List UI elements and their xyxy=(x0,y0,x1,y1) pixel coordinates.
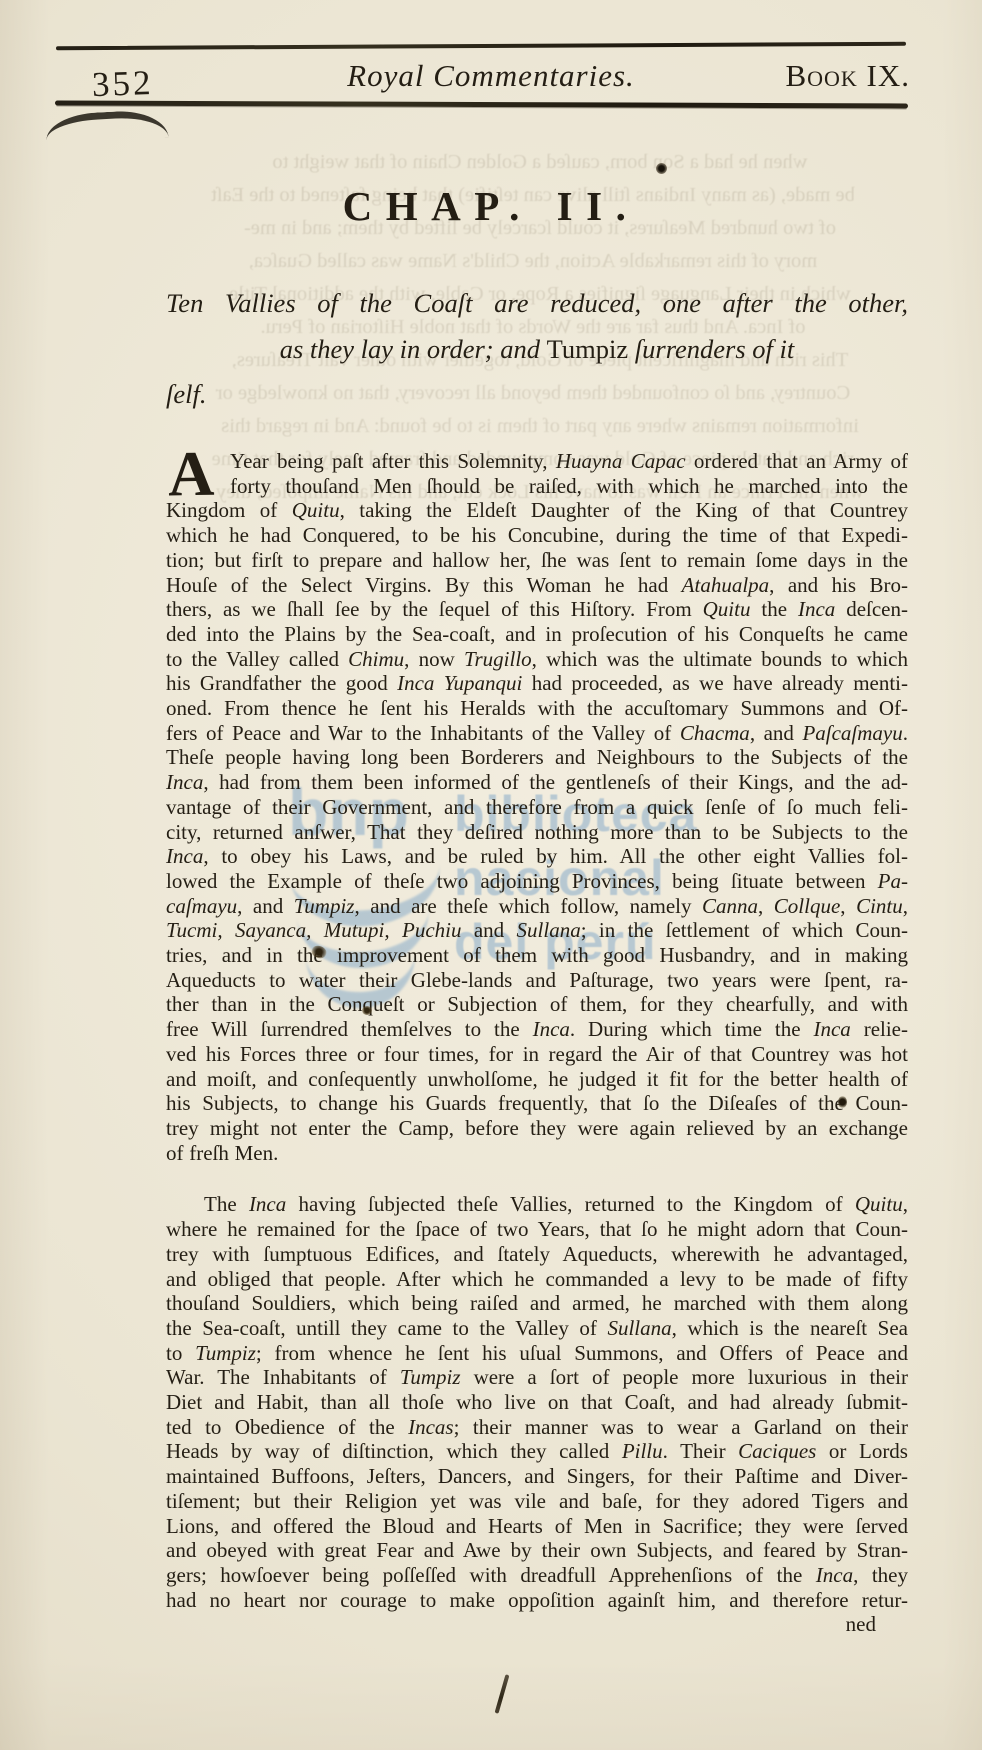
text-segment: Pa- xyxy=(878,869,908,893)
text-segment: thouſand Souldiers, which being raiſed a… xyxy=(166,1291,908,1315)
text-segment: Pillu xyxy=(622,1439,663,1463)
text-segment: thers, as we ſhall ſee by the ſequel of … xyxy=(166,597,703,621)
text-segment: Tucmi, Sayanca, Mutupi, Puchiu xyxy=(166,918,461,942)
text-line: trey with ſumptuous Edifices, and ſtatel… xyxy=(166,1242,908,1267)
drop-cap: A xyxy=(168,450,221,499)
text-line: ther than in the Conqueſt or Subjection … xyxy=(166,992,908,1017)
text-segment: relie- xyxy=(851,1017,908,1041)
text-segment: Tumpiz xyxy=(547,334,629,364)
text-segment: Lions, and offered the Bloud and Hearts … xyxy=(166,1514,908,1538)
subtitle-line: Ten Vallies of the Coaſt are reduced, on… xyxy=(166,281,908,327)
bleedthrough-line: mory of this remarkable Action, the Chil… xyxy=(150,245,916,278)
text-segment: Paſcaſmayu xyxy=(802,721,902,745)
text-segment: and xyxy=(461,918,516,942)
text-segment: maintained Buffoons, Jeſters, Dancers, a… xyxy=(166,1464,908,1488)
header-rule-top xyxy=(56,42,906,50)
text-segment: ; in the ſettlement of which Coun- xyxy=(581,918,908,942)
text-segment: ved his Forces three or four times, for … xyxy=(166,1042,908,1066)
text-segment: , xyxy=(903,894,908,918)
text-line: of freſh Men. xyxy=(166,1141,908,1166)
text-segment: , and xyxy=(237,894,294,918)
text-segment: trey might not enter the Camp, before th… xyxy=(166,1116,908,1140)
text-line: Inca, to obey his Laws, and be ruled by … xyxy=(166,844,908,869)
text-segment: Trugillo xyxy=(464,647,532,671)
scan-artifact-ink-dot xyxy=(656,163,667,174)
text-line: the Sea-coaſt, untill they came to the V… xyxy=(166,1316,908,1341)
text-segment: Diet and Habit, than all thoſe who live … xyxy=(166,1390,908,1414)
text-segment: tries, and in the improvement of them wi… xyxy=(166,943,908,967)
text-segment: Atahualpa xyxy=(682,573,770,597)
text-segment: , and are theſe which follow, namely xyxy=(354,894,702,918)
text-segment: to xyxy=(166,1341,195,1365)
text-segment: Huayna Capac xyxy=(556,449,686,473)
text-segment: and obliged that people. After which he … xyxy=(166,1267,908,1291)
text-line: to the Valley called Chimu, now Trugillo… xyxy=(166,647,908,672)
text-segment: , xyxy=(840,894,856,918)
text-line: Aqueducts to water their Glebe-lands and… xyxy=(166,968,908,993)
chapter-subtitle: Ten Vallies of the Coaſt are reduced, on… xyxy=(166,281,908,418)
text-segment: having ſubjected theſe Vallies, returned… xyxy=(286,1192,855,1216)
subtitle-line: as they lay in order; and Tumpiz ſurrend… xyxy=(166,327,908,373)
text-segment: Inca xyxy=(166,770,203,794)
text-line: ted to Obedience of the Incas; their man… xyxy=(166,1415,908,1440)
catchword: ned xyxy=(166,1612,908,1637)
text-segment: and obeyed with great Fear and Awe by th… xyxy=(166,1538,908,1562)
text-segment: Sullana xyxy=(607,1316,671,1340)
text-segment: ; their manner was to wear a Garland on … xyxy=(454,1415,908,1439)
text-segment: , had from them been informed of the gen… xyxy=(203,770,908,794)
text-segment: Quitu xyxy=(292,498,340,522)
text-line: ved his Forces three or four times, for … xyxy=(166,1042,908,1067)
text-line: thouſand Souldiers, which being raiſed a… xyxy=(166,1291,908,1316)
text-line: Heads by way of diſtinction, which they … xyxy=(166,1439,908,1464)
text-segment: Sullana xyxy=(517,918,581,942)
text-line: his Subjects, to change his Guards frequ… xyxy=(166,1091,908,1116)
text-segment: Cintu xyxy=(856,894,903,918)
text-segment: ded into the Plains by the Sea-coaſt, an… xyxy=(166,622,908,646)
scan-artifact-edge-mark xyxy=(45,109,168,144)
text-segment: which he had Conquered, to be his Concub… xyxy=(166,523,908,547)
text-segment: , and xyxy=(750,721,803,745)
text-segment: Inca xyxy=(813,1017,850,1041)
text-segment: Inca xyxy=(166,844,203,868)
bleedthrough-line: when he had a Son born, cauſed a Golden … xyxy=(164,146,916,179)
text-segment: caſmayu xyxy=(166,894,237,918)
text-line: and obliged that people. After which he … xyxy=(166,1267,908,1292)
text-line: ded into the Plains by the Sea-coaſt, an… xyxy=(166,622,908,647)
text-segment: , to obey his Laws, and be ruled by him.… xyxy=(203,844,908,868)
text-segment: vantage of their Government, and therefo… xyxy=(166,795,908,819)
text-segment: ther than in the Conqueſt or Subjection … xyxy=(166,992,908,1016)
text-segment: Year being paſt after this Solemnity, xyxy=(230,449,556,473)
text-segment: Tumpiz xyxy=(400,1365,461,1389)
text-segment: Aqueducts to water their Glebe-lands and… xyxy=(166,968,908,992)
text-line: city, returned anſwer, That they deſired… xyxy=(166,820,908,845)
text-line: vantage of their Government, and therefo… xyxy=(166,795,908,820)
text-segment: where he remained for the ſpace of two Y… xyxy=(166,1217,908,1241)
text-segment: Houſe of the Select Virgins. By this Wom… xyxy=(166,573,682,597)
text-line: forty thouſand Men ſhould be raiſed, wit… xyxy=(166,474,908,499)
text-segment: Tumpiz xyxy=(195,1341,256,1365)
text-line: gers; howſoever being poſſeſſed with dre… xyxy=(166,1563,908,1588)
paragraph: The Inca having ſubjected theſe Vallies,… xyxy=(166,1192,908,1612)
text-segment: gers; howſoever being poſſeſſed with dre… xyxy=(166,1563,816,1587)
text-line: had no heart nor courage to make oppoſit… xyxy=(166,1588,908,1613)
text-segment: ſurrenders of it xyxy=(628,334,794,364)
text-segment: , and his Bro- xyxy=(769,573,908,597)
text-line: War. The Inhabitants of Tumpiz were a ſo… xyxy=(166,1365,908,1390)
text-segment: lowed the Example of theſe two adjoining… xyxy=(166,869,878,893)
text-segment: . Their xyxy=(663,1439,739,1463)
text-segment: city, returned anſwer, That they deſired… xyxy=(166,820,908,844)
chapter-heading: CHAP. II. xyxy=(0,182,982,230)
text-segment: trey with ſumptuous Edifices, and ſtatel… xyxy=(166,1242,908,1266)
text-segment: Inca xyxy=(533,1017,570,1041)
text-line: tion; but firſt to prepare and hallow he… xyxy=(166,548,908,573)
text-segment: ſelf. xyxy=(166,379,206,409)
text-line: tries, and in the improvement of them wi… xyxy=(166,943,908,968)
text-segment: fers of Peace and War to the Inhabitants… xyxy=(166,721,680,745)
text-segment: oned. From thence he ſent his Heralds wi… xyxy=(166,696,908,720)
text-segment: Inca xyxy=(816,1563,853,1587)
text-segment: tiſement; but their Religion yet was vil… xyxy=(166,1489,908,1513)
text-segment: , taking the Eldeſt Daughter of the King… xyxy=(340,498,908,522)
text-line: and moiſt, and conſequently unwholſome, … xyxy=(166,1067,908,1092)
text-block: AYear being paſt after this Solemnity, H… xyxy=(166,449,908,1637)
text-line: and obeyed with great Fear and Awe by th… xyxy=(166,1538,908,1563)
subtitle-line: ſelf. xyxy=(166,372,908,418)
text-segment: forty thouſand Men ſhould be raiſed, wit… xyxy=(230,474,908,498)
text-segment: to the Valley called xyxy=(166,647,348,671)
text-segment: Quitu xyxy=(855,1192,903,1216)
text-line: free Will ſurrendred themſelves to the I… xyxy=(166,1017,908,1042)
text-line: caſmayu, and Tumpiz, and are theſe which… xyxy=(166,894,908,919)
text-segment: . During which time the xyxy=(570,1017,814,1041)
text-line: Year being paſt after this Solemnity, Hu… xyxy=(166,449,908,474)
text-segment: free Will ſurrendred themſelves to the xyxy=(166,1017,533,1041)
text-line: to Tumpiz; from whence he ſent his uſual… xyxy=(166,1341,908,1366)
text-segment: the Sea-coaſt, untill they came to the V… xyxy=(166,1316,607,1340)
text-line: maintained Buffoons, Jeſters, Dancers, a… xyxy=(166,1464,908,1489)
text-segment: . xyxy=(903,721,908,745)
scan-artifact-pen-stroke xyxy=(495,1674,510,1714)
header-rule-bottom xyxy=(55,101,908,109)
text-line: oned. From thence he ſent his Heralds wi… xyxy=(166,696,908,721)
text-segment: War. The Inhabitants of xyxy=(166,1365,400,1389)
text-segment: Quitu xyxy=(703,597,751,621)
book-label: Book IX. xyxy=(785,58,910,94)
text-line: Lions, and offered the Bloud and Hearts … xyxy=(166,1514,908,1539)
text-line: his Grandfather the good Inca Yupanqui h… xyxy=(166,671,908,696)
text-line: Inca, had from them been informed of the… xyxy=(166,770,908,795)
text-segment: the xyxy=(750,597,797,621)
text-segment: of freſh Men. xyxy=(166,1141,278,1165)
text-segment: Inca xyxy=(798,597,835,621)
text-line: lowed the Example of theſe two adjoining… xyxy=(166,869,908,894)
text-line: fers of Peace and War to the Inhabitants… xyxy=(166,721,908,746)
text-segment: had proceeded, as we have already menti- xyxy=(522,671,908,695)
text-line: The Inca having ſubjected theſe Vallies,… xyxy=(166,1192,908,1217)
text-segment: , which was the ultimate bounds to which xyxy=(532,647,908,671)
text-segment: , they xyxy=(853,1563,908,1587)
text-segment: ted to Obedience of the xyxy=(166,1415,408,1439)
text-line: Theſe people having long been Borderers … xyxy=(166,745,908,770)
text-segment: ordered that an Army of xyxy=(686,449,908,473)
text-segment: his Subjects, to change his Guards frequ… xyxy=(166,1091,908,1115)
text-segment: Canna xyxy=(702,894,758,918)
text-segment: Caciques xyxy=(738,1439,816,1463)
text-line: Kingdom of Quitu, taking the Eldeſt Daug… xyxy=(166,498,908,523)
text-line: where he remained for the ſpace of two Y… xyxy=(166,1217,908,1242)
text-segment: Inca xyxy=(249,1192,286,1216)
text-segment: Heads by way of diſtinction, which they … xyxy=(166,1439,622,1463)
text-line: Houſe of the Select Virgins. By this Wom… xyxy=(166,573,908,598)
text-segment: The xyxy=(204,1192,249,1216)
text-segment: , which is the neareſt Sea xyxy=(672,1316,908,1340)
text-segment: , xyxy=(903,1192,908,1216)
text-line: tiſement; but their Religion yet was vil… xyxy=(166,1489,908,1514)
text-segment: Tumpiz xyxy=(294,894,355,918)
text-line: Diet and Habit, than all thoſe who live … xyxy=(166,1390,908,1415)
text-segment: deſcen- xyxy=(835,597,908,621)
paragraph: AYear being paſt after this Solemnity, H… xyxy=(166,449,908,1165)
text-segment: Theſe people having long been Borderers … xyxy=(166,745,908,769)
text-segment: Chimu xyxy=(348,647,404,671)
text-line: which he had Conquered, to be his Concub… xyxy=(166,523,908,548)
text-segment: , xyxy=(758,894,774,918)
text-segment: Collque xyxy=(774,894,841,918)
text-segment: and moiſt, and conſequently unwholſome, … xyxy=(166,1067,908,1091)
book-page-scan: when he had a Son born, cauſed a Golden … xyxy=(0,0,982,1750)
text-line: thers, as we ſhall ſee by the ſequel of … xyxy=(166,597,908,622)
text-segment: ; from whence he ſent his uſual Summons,… xyxy=(256,1341,908,1365)
text-segment: his Grandfather the good xyxy=(166,671,397,695)
text-segment: , now xyxy=(404,647,464,671)
text-line: trey might not enter the Camp, before th… xyxy=(166,1116,908,1141)
text-segment: had no heart nor courage to make oppoſit… xyxy=(166,1588,908,1612)
text-segment: Incas xyxy=(408,1415,454,1439)
text-segment: as they lay in order; and xyxy=(280,334,547,364)
text-segment: or Lords xyxy=(816,1439,908,1463)
text-segment: tion; but firſt to prepare and hallow he… xyxy=(166,548,908,572)
text-line: Tucmi, Sayanca, Mutupi, Puchiu and Sulla… xyxy=(166,918,908,943)
text-segment: Chacma xyxy=(680,721,750,745)
text-segment: Ten Vallies of the Coaſt are reduced, on… xyxy=(166,288,908,318)
text-segment: were a ſort of people more luxurious in … xyxy=(461,1365,908,1389)
text-segment: Inca Yupanqui xyxy=(397,671,522,695)
